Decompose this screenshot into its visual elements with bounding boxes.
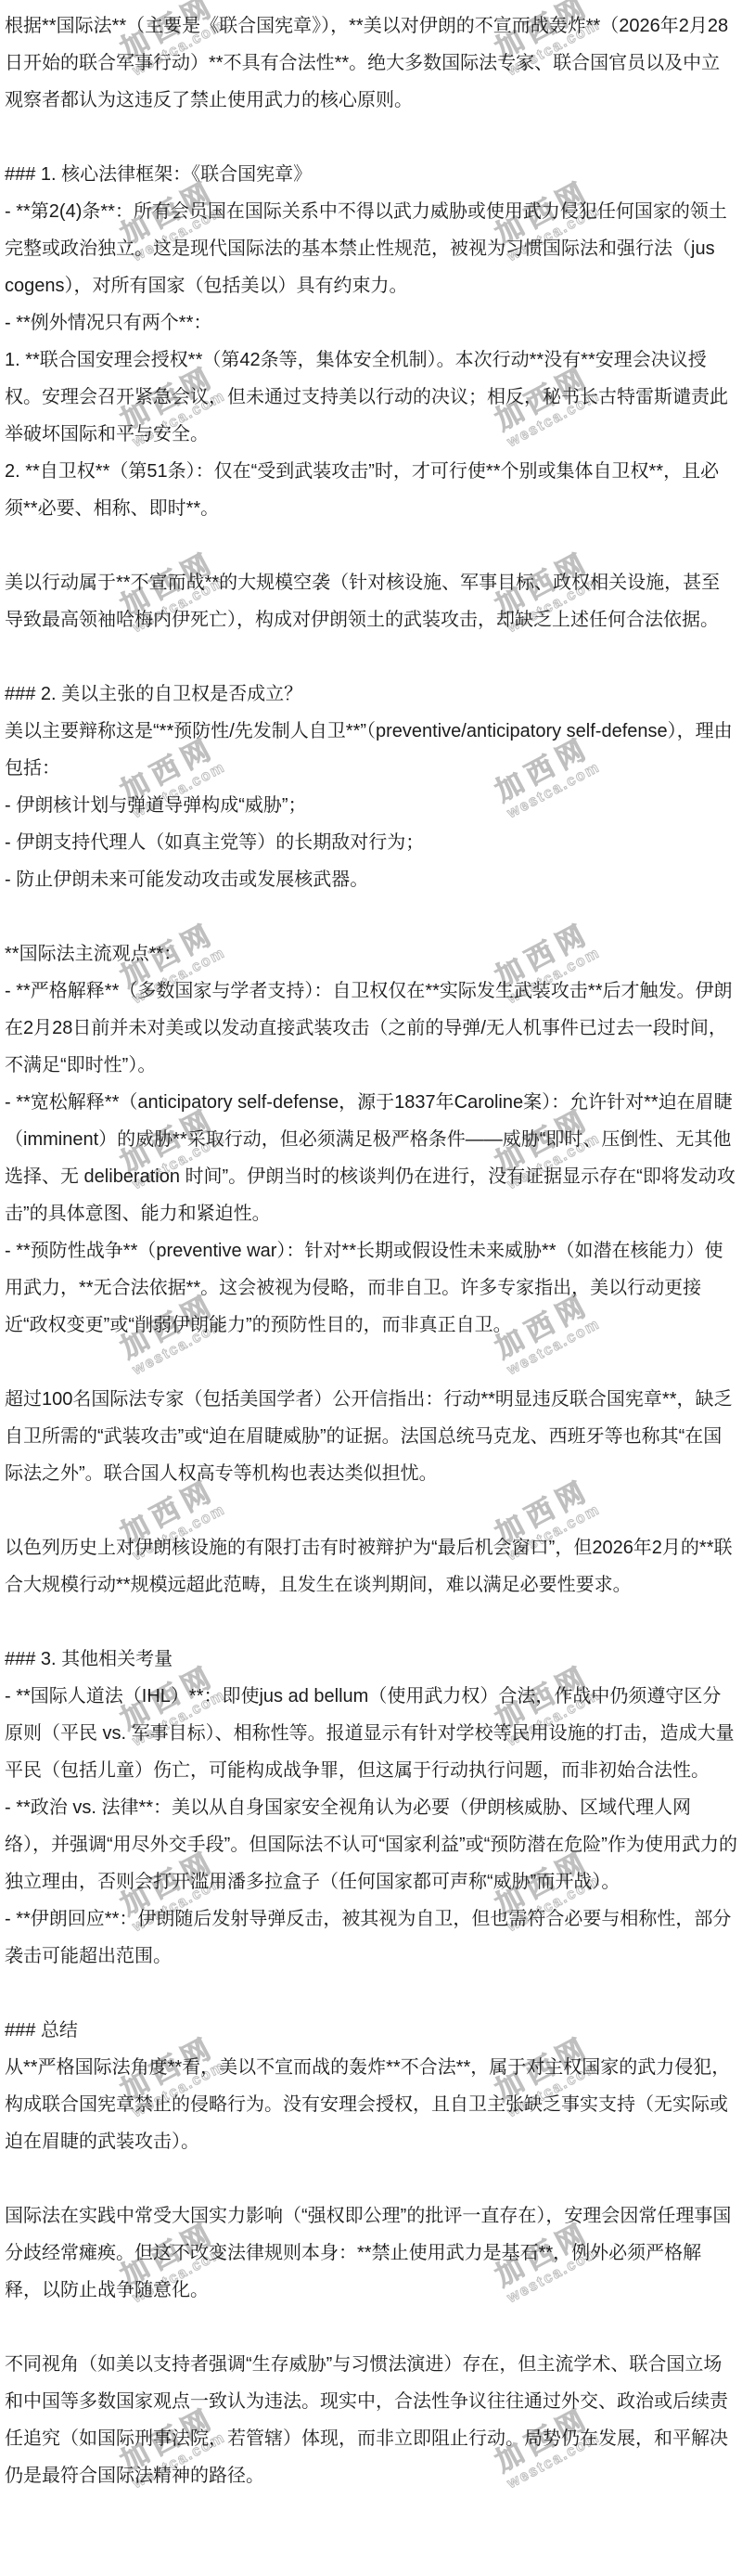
paragraph: 从**严格国际法角度**看，美以不宣而战的轰炸**不合法**，属于对主权国家的武… bbox=[5, 2049, 737, 2160]
paragraph: - **宽松解释**（anticipatory self-defense，源于1… bbox=[5, 1084, 737, 1232]
markdown-heading: ### 2. 美以主张的自卫权是否成立？ bbox=[5, 676, 737, 713]
paragraph: - **国际人道法（IHL）**：即使jus ad bellum（使用武力权）合… bbox=[5, 1678, 737, 1789]
paragraph: 美以主要辩称这是“**预防性/先发制人自卫**”（preventive/anti… bbox=[5, 713, 737, 787]
paragraph: - 伊朗核计划与弹道导弹构成“威胁”； bbox=[5, 787, 737, 824]
markdown-heading: ### 3. 其他相关考量 bbox=[5, 1641, 737, 1678]
paragraph: 国际法在实践中常受大国实力影响（“强权即公理”的批评一直存在），安理会因常任理事… bbox=[5, 2197, 737, 2309]
paragraph: - **例外情况只有两个**： bbox=[5, 304, 737, 341]
paragraph: - 伊朗支持代理人（如真主党等）的长期敌对行为； bbox=[5, 824, 737, 861]
paragraph: 超过100名国际法专家（包括美国学者）公开信指出：行动**明显违反联合国宪章**… bbox=[5, 1381, 737, 1492]
paragraph: - 防止伊朗未来可能发动攻击或发展核武器。 bbox=[5, 861, 737, 898]
paragraph: 1. **联合国安理会授权**（第42条等，集体安全机制）。本次行动**没有**… bbox=[5, 341, 737, 453]
paragraph: 以色列历史上对伊朗核设施的有限打击有时被辩护为“最后机会窗口”，但2026年2月… bbox=[5, 1529, 737, 1604]
paragraph: - **预防性战争**（preventive war）：针对**长期或假设性未来… bbox=[5, 1232, 737, 1344]
markdown-heading: ### 1. 核心法律框架：《联合国宪章》 bbox=[5, 156, 737, 193]
document-body: 根据**国际法**（主要是《联合国宪章》），**美以对伊朗的不宣而战轰炸**（2… bbox=[0, 0, 742, 2576]
paragraph: 美以行动属于**不宣而战**的大规模空袭（针对核设施、军事目标、政权相关设施，甚… bbox=[5, 564, 737, 638]
paragraph: 2. **自卫权**（第51条）：仅在“受到武装攻击”时，才可行使**个别或集体… bbox=[5, 453, 737, 527]
paragraph: - **伊朗回应**：伊朗随后发射导弹反击，被其视为自卫，但也需符合必要与相称性… bbox=[5, 1900, 737, 1975]
paragraph: - **政治 vs. 法律**：美以从自身国家安全视角认为必要（伊朗核威胁、区域… bbox=[5, 1789, 737, 1900]
paragraph: **国际法主流观点**： bbox=[5, 935, 737, 972]
paragraph: - **第2(4)条**：所有会员国在国际关系中不得以武力威胁或使用武力侵犯任何… bbox=[5, 193, 737, 304]
markdown-heading: ### 总结 bbox=[5, 2012, 737, 2049]
paragraph: 不同视角（如美以支持者强调“生存威胁”与习惯法演进）存在，但主流学术、联合国立场… bbox=[5, 2346, 737, 2494]
post-content: 加西网westca.com加西网westca.com加西网westca.com加… bbox=[0, 0, 742, 2576]
paragraph: - **严格解释**（多数国家与学者支持）：自卫权仅在**实际发生武装攻击**后… bbox=[5, 972, 737, 1084]
paragraph: 根据**国际法**（主要是《联合国宪章》），**美以对伊朗的不宣而战轰炸**（2… bbox=[5, 7, 737, 119]
